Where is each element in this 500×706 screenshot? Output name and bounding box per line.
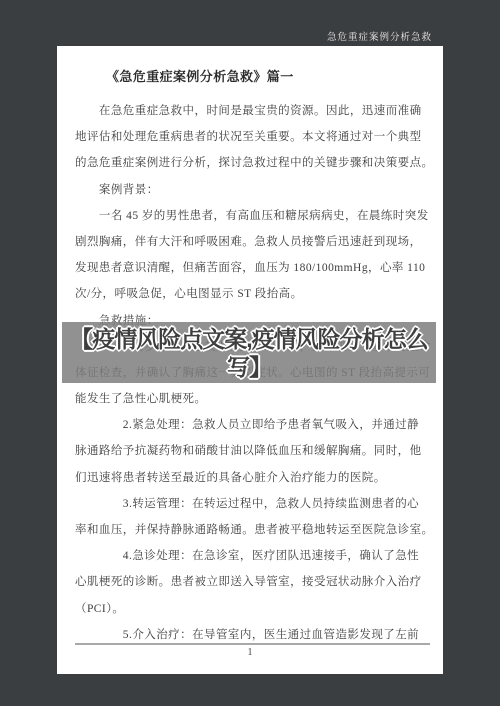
doc-line: 次/分，呼吸急促，心电图显示 ST 段抬高。 xyxy=(75,281,428,307)
doc-line: 剧烈胸痛，伴有大汗和呼吸困难。急救人员接警后迅速赶到现场， xyxy=(75,229,428,255)
doc-line: 地评估和处理危重病患者的状况至关重要。本文将通过对一个典型 xyxy=(75,124,428,150)
footer-divider xyxy=(75,643,430,645)
doc-line: 发现患者意识清醒，但痛苦面容，血压为 180/100mmHg，心率 110 xyxy=(75,255,428,281)
doc-line: 一名 45 岁的男性患者，有高血压和糖尿病病史，在晨练时突发 xyxy=(75,203,428,229)
doc-line: 能发生了急性心肌梗死。 xyxy=(75,386,428,412)
doc-line: 4.急诊处理：在急诊室，医疗团队迅速接手，确认了急性 xyxy=(75,543,428,569)
watermark-text-line-2: 写】 xyxy=(227,353,271,381)
watermark-text-line-1: 【疫情风险点文案,疫情风险分析怎么 xyxy=(70,325,427,353)
doc-line: 在急危重症急救中，时间是最宝贵的资源。因此，迅速而准确 xyxy=(75,98,428,124)
doc-line: 脉通路给予抗凝药物和硝酸甘油以降低血压和缓解胸痛。同时，他 xyxy=(75,438,428,464)
doc-line: 们迅速将患者转送至最近的具备心脏介入治疗能力的医院。 xyxy=(75,465,428,491)
doc-title: 《急危重症案例分析急救》篇一 xyxy=(75,64,428,90)
doc-line: 心肌梗死的诊断。患者被立即送入导管室，接受冠状动脉介入治疗 xyxy=(75,569,428,595)
page-number: 1 xyxy=(57,647,443,658)
viewer-background: 急危重症案例分析急救 《急危重症案例分析急救》篇一 在急危重症急救中，时间是最宝… xyxy=(0,0,500,706)
watermark-overlay: 【疫情风险点文案,疫情风险分析怎么 写】 xyxy=(62,322,436,383)
doc-line: 率和血压，并保持静脉通路畅通。患者被平稳地转运至医院急诊室。 xyxy=(75,517,428,543)
doc-line: 3.转运管理：在转运过程中，急救人员持续监测患者的心 xyxy=(75,491,428,517)
doc-line: 案例背景： xyxy=(75,177,428,203)
doc-line: （PCI）。 xyxy=(75,596,428,622)
doc-line: 的急危重症案例进行分析，探讨急救过程中的关键步骤和决策要点。 xyxy=(75,150,428,176)
doc-line: 2.紧急处理：急救人员立即给予患者氧气吸入，并通过静 xyxy=(75,412,428,438)
viewer-header-title: 急危重症案例分析急救 xyxy=(327,29,432,43)
